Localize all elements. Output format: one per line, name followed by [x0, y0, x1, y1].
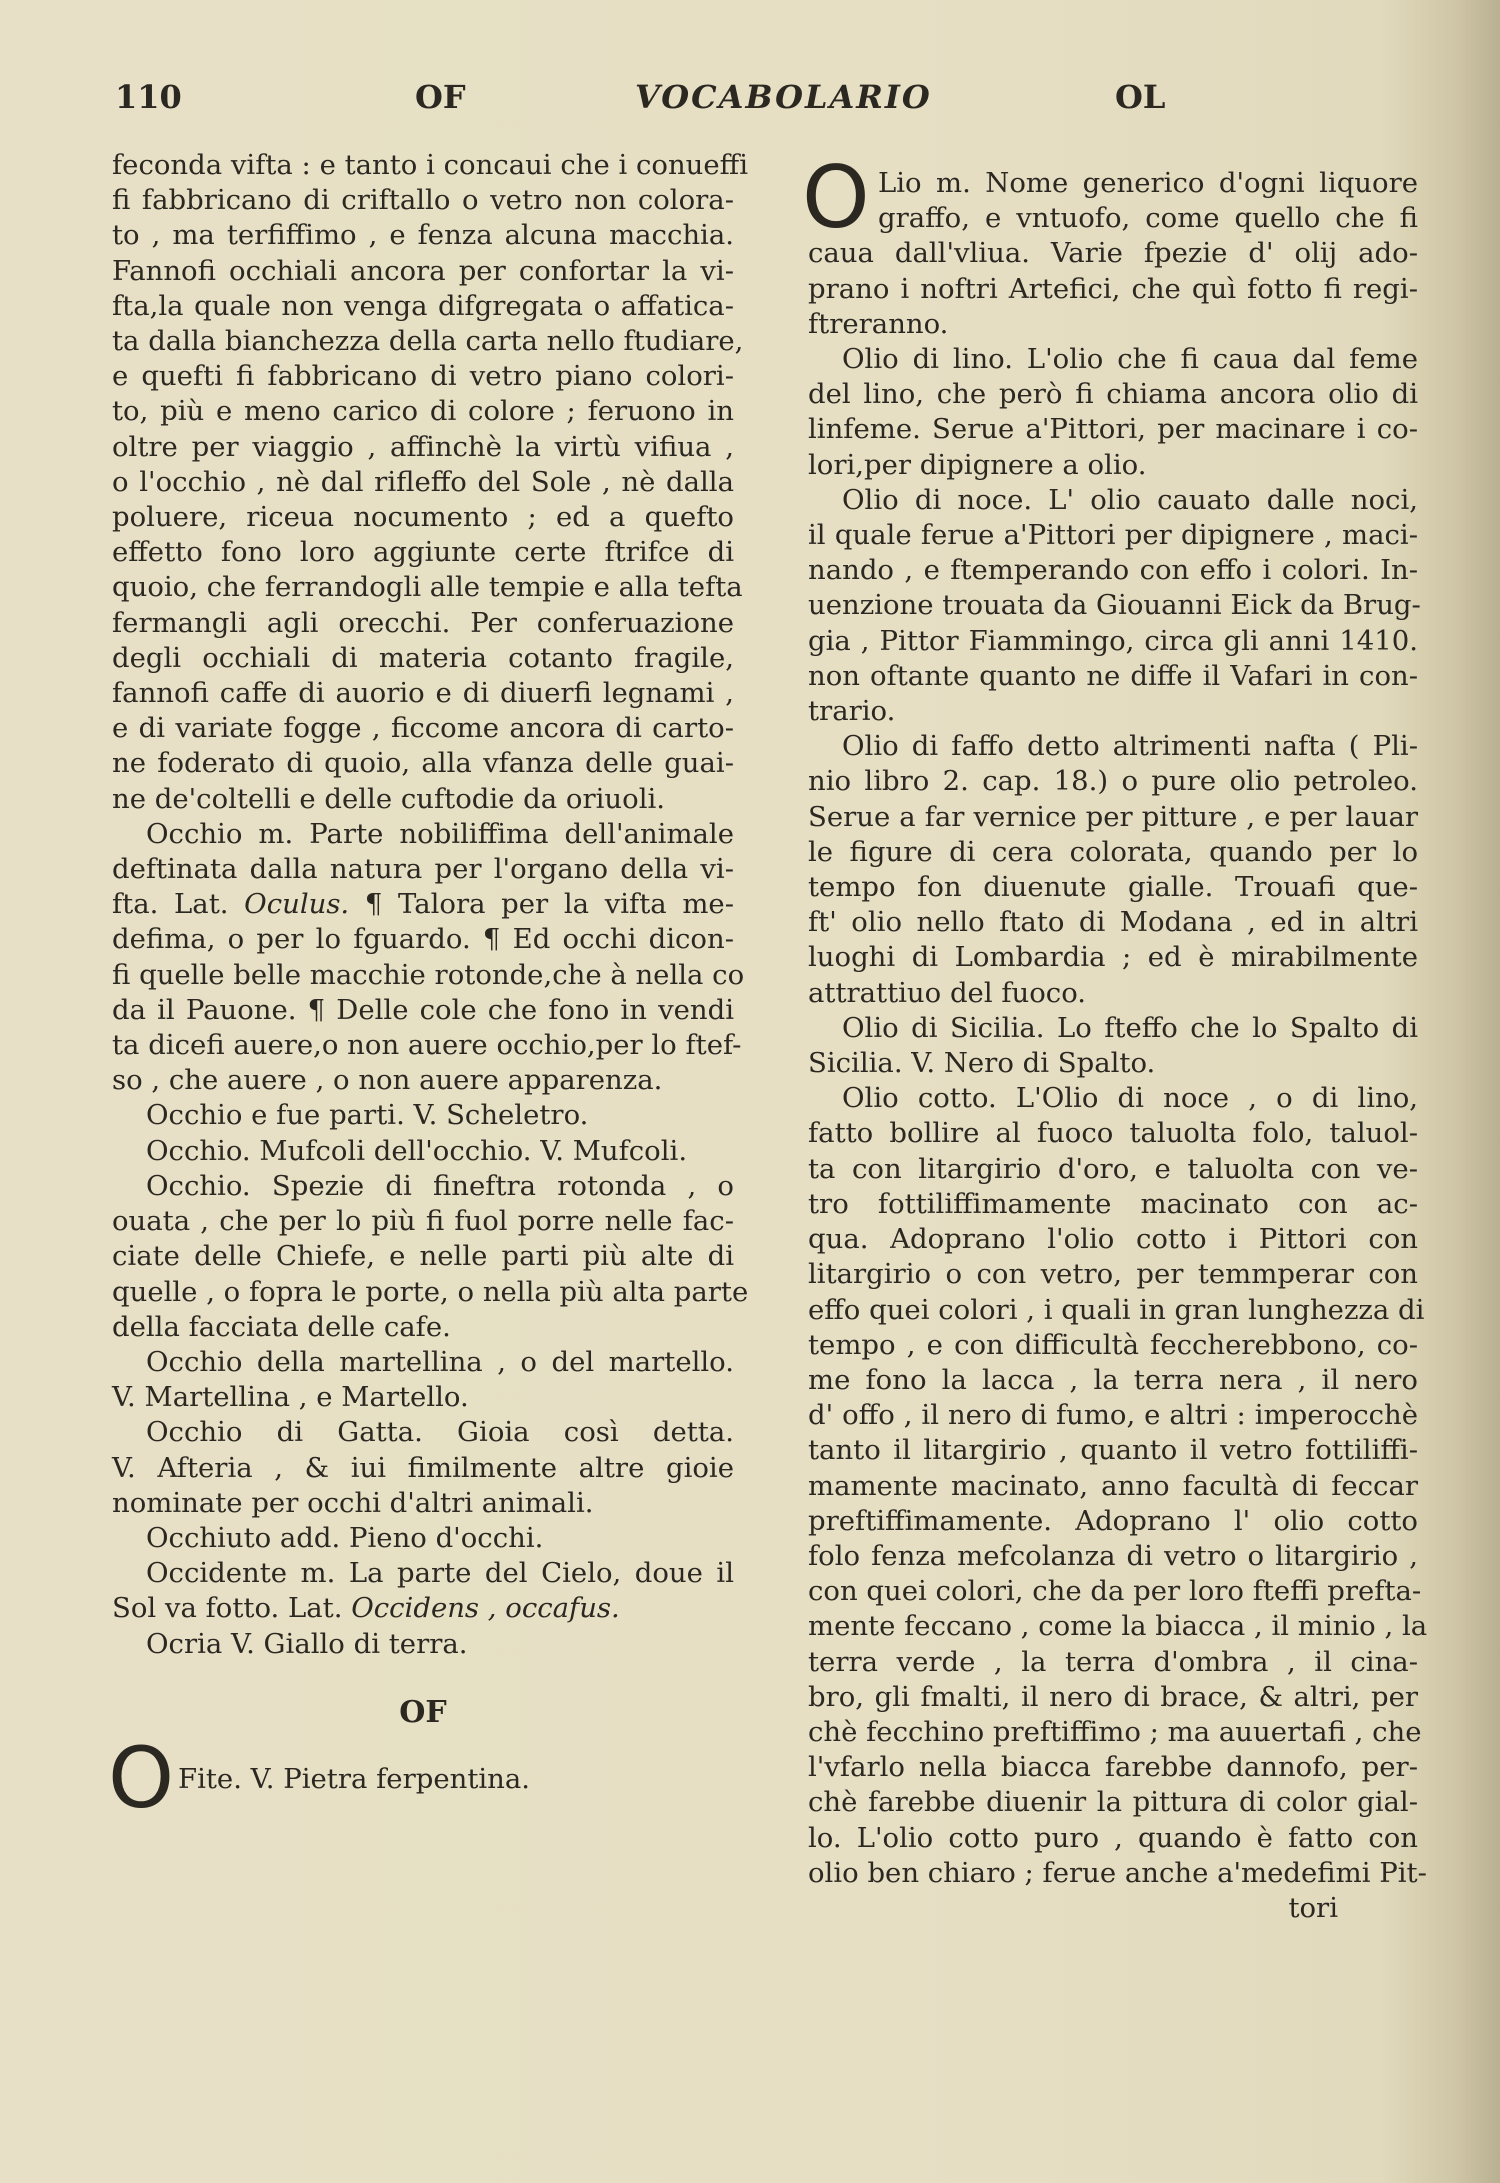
text-line: V. Afteria , & iui fimilmente altre gioi…: [112, 1451, 734, 1486]
page-number: 110: [115, 78, 182, 116]
text-line: fi quelle belle macchie rotonde,che à ne…: [112, 958, 734, 993]
text-line: mamente macinato, anno facultà di feccar: [808, 1469, 1418, 1504]
text-line: feconda vifta : e tanto i concaui che i …: [112, 148, 734, 183]
text-line: Lio m. Nome generico d'ogni liquore: [808, 166, 1418, 201]
text-line: attrattiuo del fuoco.: [808, 976, 1418, 1011]
text-line: Occhio di Gatta. Gioia così detta.: [112, 1415, 734, 1450]
entry-occidente: Occidente m. La parte del Cielo, doue il…: [112, 1556, 734, 1626]
text-line: Fannofi occhiali ancora per confortar la…: [112, 254, 734, 289]
text-line: to, più e meno carico di colore ; feruon…: [112, 394, 734, 429]
text-line: Occhio della martellina , o del martello…: [112, 1345, 734, 1380]
drop-cap: O: [108, 1738, 174, 1818]
text-line: trario.: [808, 694, 1418, 729]
text-line: con quei colori, che da per loro fteffi …: [808, 1574, 1418, 1609]
text-line: poluere, riceua nocumento ; ed a quefto: [112, 500, 734, 535]
text-line: ta dicefi auere,o non auere occhio,per l…: [112, 1028, 734, 1063]
right-running-head: OL: [1115, 78, 1165, 116]
text-line: me fono la lacca , la terra nera , il ne…: [808, 1363, 1418, 1398]
text-line: Occhio. Spezie di fineftra rotonda , o: [112, 1169, 734, 1204]
text-line: ta dalla bianchezza della carta nello ft…: [112, 324, 734, 359]
latin-term: Occidens , occafus.: [351, 1592, 620, 1624]
text-line: chè farebbe diuenir la pittura di color …: [808, 1785, 1418, 1820]
text-line: Occhio e fue parti. V. Scheletro.: [112, 1098, 734, 1133]
text-line: lori,per dipignere a olio.: [808, 448, 1418, 483]
text-line: ft' olio nello ftato di Modana , ed in a…: [808, 905, 1418, 940]
text-line: quoio, che ferrandogli alle tempie e all…: [112, 570, 734, 605]
text-line: defima, o per lo fguardo. ¶ Ed occhi dic…: [112, 922, 734, 957]
continued-entry: feconda vifta : e tanto i concaui che i …: [112, 148, 734, 817]
text-line: caua dall'vliua. Varie fpezie d' olij ad…: [808, 236, 1418, 271]
text-line: Occhio. Mufcoli dell'occhio. V. Mufcoli.: [112, 1134, 734, 1169]
text-line: della facciata delle cafe.: [112, 1310, 734, 1345]
entry-olio-di-sasso: Olio di faffo detto altrimenti nafta ( P…: [808, 729, 1418, 1011]
entry-ofite: O Fite. V. Pietra ferpentina.: [112, 1744, 734, 1804]
text-line: o l'occhio , nè dal rifleffo del Sole , …: [112, 465, 734, 500]
text-line: Occhiuto add. Pieno d'occhi.: [112, 1521, 734, 1556]
running-header: 110 OF VOCABOLARIO OL: [115, 78, 1395, 128]
text-line: tro fottiliffimamente macinato con ac-: [808, 1187, 1418, 1222]
text-line: fannofi caffe di auorio e di diuerfi leg…: [112, 676, 734, 711]
book-page: 110 OF VOCABOLARIO OL feconda vifta : e …: [0, 0, 1500, 2183]
text-line: nando , e ftemperando con effo i colori.…: [808, 553, 1418, 588]
left-running-head: OF: [415, 78, 466, 116]
entry-olio-di-sicilia: Olio di Sicilia. Lo fteffo che lo Spalto…: [808, 1011, 1418, 1081]
text-line: chè fecchino preftiffimo ; ma auuertafi …: [808, 1715, 1418, 1750]
text-line: d' offo , il nero di fumo, e altri : imp…: [808, 1398, 1418, 1433]
text-line: tempo fon diuenute gialle. Trouafi que-: [808, 870, 1418, 905]
text-line: fta. Lat. Oculus. ¶ Talora per la vifta …: [112, 887, 734, 922]
right-column: O Lio m. Nome generico d'ogni liquore gr…: [808, 166, 1418, 1926]
text-line: Fite. V. Pietra ferpentina.: [178, 1762, 530, 1797]
text-line: Sicilia. V. Nero di Spalto.: [808, 1046, 1418, 1081]
text-line: gia , Pittor Fiammingo, circa gli anni 1…: [808, 624, 1418, 659]
entry-occhio-finestra: Occhio. Spezie di fineftra rotonda , o o…: [112, 1169, 734, 1345]
text-line: tempo , e con difficultà feccherebbono, …: [808, 1328, 1418, 1363]
entry-occhio: Occhio m. Parte nobiliffima dell'animale…: [112, 817, 734, 1099]
text-line: so , che auere , o non auere apparenza.: [112, 1063, 734, 1098]
text-line: del lino, che però fi chiama ancora olio…: [808, 377, 1418, 412]
text-line: linfeme. Serue a'Pittori, per macinare i…: [808, 412, 1418, 447]
text-line: il quale ferue a'Pittori per dipignere ,…: [808, 518, 1418, 553]
text-line: graffo, e vntuofo, come quello che fi: [808, 201, 1418, 236]
entry-occhio-gatta: Occhio di Gatta. Gioia così detta. V. Af…: [112, 1415, 734, 1521]
text-line: to , ma terfiffimo , e fenza alcuna macc…: [112, 218, 734, 253]
text-line: luoghi di Lombardia ; ed è mirabilmente: [808, 940, 1418, 975]
text-line: lo. L'olio cotto puro , quando è fatto c…: [808, 1821, 1418, 1856]
text-line: ne de'coltelli e delle cuftodie da oriuo…: [112, 782, 734, 817]
text-line: prano i noftri Artefici, che quì fotto f…: [808, 272, 1418, 307]
entry-ocria: Ocria V. Giallo di terra.: [112, 1627, 734, 1662]
entry-occhiuto: Occhiuto add. Pieno d'occhi.: [112, 1521, 734, 1556]
text-line: ciate delle Chiefe, e nelle parti più al…: [112, 1239, 734, 1274]
section-heading: OF: [112, 1688, 734, 1738]
text-line: bro, gli fmalti, il nero di brace, & alt…: [808, 1680, 1418, 1715]
latin-term: Oculus.: [244, 888, 349, 920]
text-line: quelle , o fopra le porte, o nella più a…: [112, 1275, 734, 1310]
text-line: olio ben chiaro ; ferue anche a'medefimi…: [808, 1856, 1418, 1891]
text-line: Olio di Sicilia. Lo fteffo che lo Spalto…: [808, 1011, 1418, 1046]
drop-cap: O: [802, 158, 870, 238]
text-line: ta con litargirio d'oro, e taluolta con …: [808, 1152, 1418, 1187]
text-line: degli occhiali di materia cotanto fragil…: [112, 641, 734, 676]
text-line: Sol va fotto. Lat. Occidens , occafus.: [112, 1591, 734, 1626]
text-line: le figure di cera colorata, quando per l…: [808, 835, 1418, 870]
text-line: Olio di lino. L'olio che fi caua dal fem…: [808, 342, 1418, 377]
text-line: ftreranno.: [808, 307, 1418, 342]
entry-occhio-muscoli: Occhio. Mufcoli dell'occhio. V. Mufcoli.: [112, 1134, 734, 1169]
entry-olio: O Lio m. Nome generico d'ogni liquore gr…: [808, 166, 1418, 342]
page-title: VOCABOLARIO: [635, 78, 932, 116]
left-column: feconda vifta : e tanto i concaui che i …: [112, 148, 734, 1804]
text-line: uenzione trouata da Giouanni Eick da Bru…: [808, 588, 1418, 623]
text-line: oltre per viaggio , affinchè la virtù vi…: [112, 430, 734, 465]
entry-occhio-martellina: Occhio della martellina , o del martello…: [112, 1345, 734, 1415]
text-line: terra verde , la terra d'ombra , il cina…: [808, 1645, 1418, 1680]
catchword: tori: [808, 1891, 1418, 1926]
text-line: da il Pauone. ¶ Delle cole che fono in v…: [112, 993, 734, 1028]
text-line: Occidente m. La parte del Cielo, doue il: [112, 1556, 734, 1591]
text-line: fi fabbricano di criftallo o vetro non c…: [112, 183, 734, 218]
text-line: effetto fono loro aggiunte certe ftrifce…: [112, 535, 734, 570]
text-line: non oftante quanto ne diffe il Vafari in…: [808, 659, 1418, 694]
entry-olio-di-noce: Olio di noce. L' olio cauato dalle noci,…: [808, 483, 1418, 729]
text-line: nominate per occhi d'altri animali.: [112, 1486, 734, 1521]
entry-olio-di-lino: Olio di lino. L'olio che fi caua dal fem…: [808, 342, 1418, 483]
text-line: ne foderato di quoio, alla vfanza delle …: [112, 746, 734, 781]
text-line: l'vfarlo nella biacca farebbe dannofo, p…: [808, 1750, 1418, 1785]
text-line: Ocria V. Giallo di terra.: [112, 1627, 734, 1662]
text-line: preftiffimamente. Adoprano l' olio cotto: [808, 1504, 1418, 1539]
text-line: Olio cotto. L'Olio di noce , o di lino,: [808, 1081, 1418, 1116]
text-line: Olio di noce. L' olio cauato dalle noci,: [808, 483, 1418, 518]
text-line: mente feccano , come la biacca , il mini…: [808, 1609, 1418, 1644]
text-line: V. Martellina , e Martello.: [112, 1380, 734, 1415]
text-line: ouata , che per lo più fi fuol porre nel…: [112, 1204, 734, 1239]
text-line: e di variate fogge , ficcome ancora di c…: [112, 711, 734, 746]
text-line: effo quei colori , i quali in gran lungh…: [808, 1293, 1418, 1328]
entry-olio-cotto: Olio cotto. L'Olio di noce , o di lino, …: [808, 1081, 1418, 1891]
text-line: nio libro 2. cap. 18.) o pure olio petro…: [808, 764, 1418, 799]
text-line: deftinata dalla natura per l'organo dell…: [112, 852, 734, 887]
entry-occhio-parti: Occhio e fue parti. V. Scheletro.: [112, 1098, 734, 1133]
text-line: fermangli agli orecchi. Per conferuazion…: [112, 606, 734, 641]
text-line: Serue a far vernice per pitture , e per …: [808, 800, 1418, 835]
text-line: Olio di faffo detto altrimenti nafta ( P…: [808, 729, 1418, 764]
text-line: e quefti fi fabbricano di vetro piano co…: [112, 359, 734, 394]
text-line: qua. Adoprano l'olio cotto i Pittori con: [808, 1222, 1418, 1257]
text-line: Occhio m. Parte nobiliffima dell'animale: [112, 817, 734, 852]
text-fragment: Sol va fotto. Lat.: [112, 1592, 342, 1624]
text-line: litargirio o con vetro, per temmperar co…: [808, 1257, 1418, 1292]
text-line: fta,la quale non venga difgregata o affa…: [112, 289, 734, 324]
text-line: tanto il litargirio , quanto il vetro fo…: [808, 1433, 1418, 1468]
text-line: fatto bollire al fuoco taluolta folo, ta…: [808, 1116, 1418, 1151]
text-line: folo fenza mefcolanza di vetro o litargi…: [808, 1539, 1418, 1574]
